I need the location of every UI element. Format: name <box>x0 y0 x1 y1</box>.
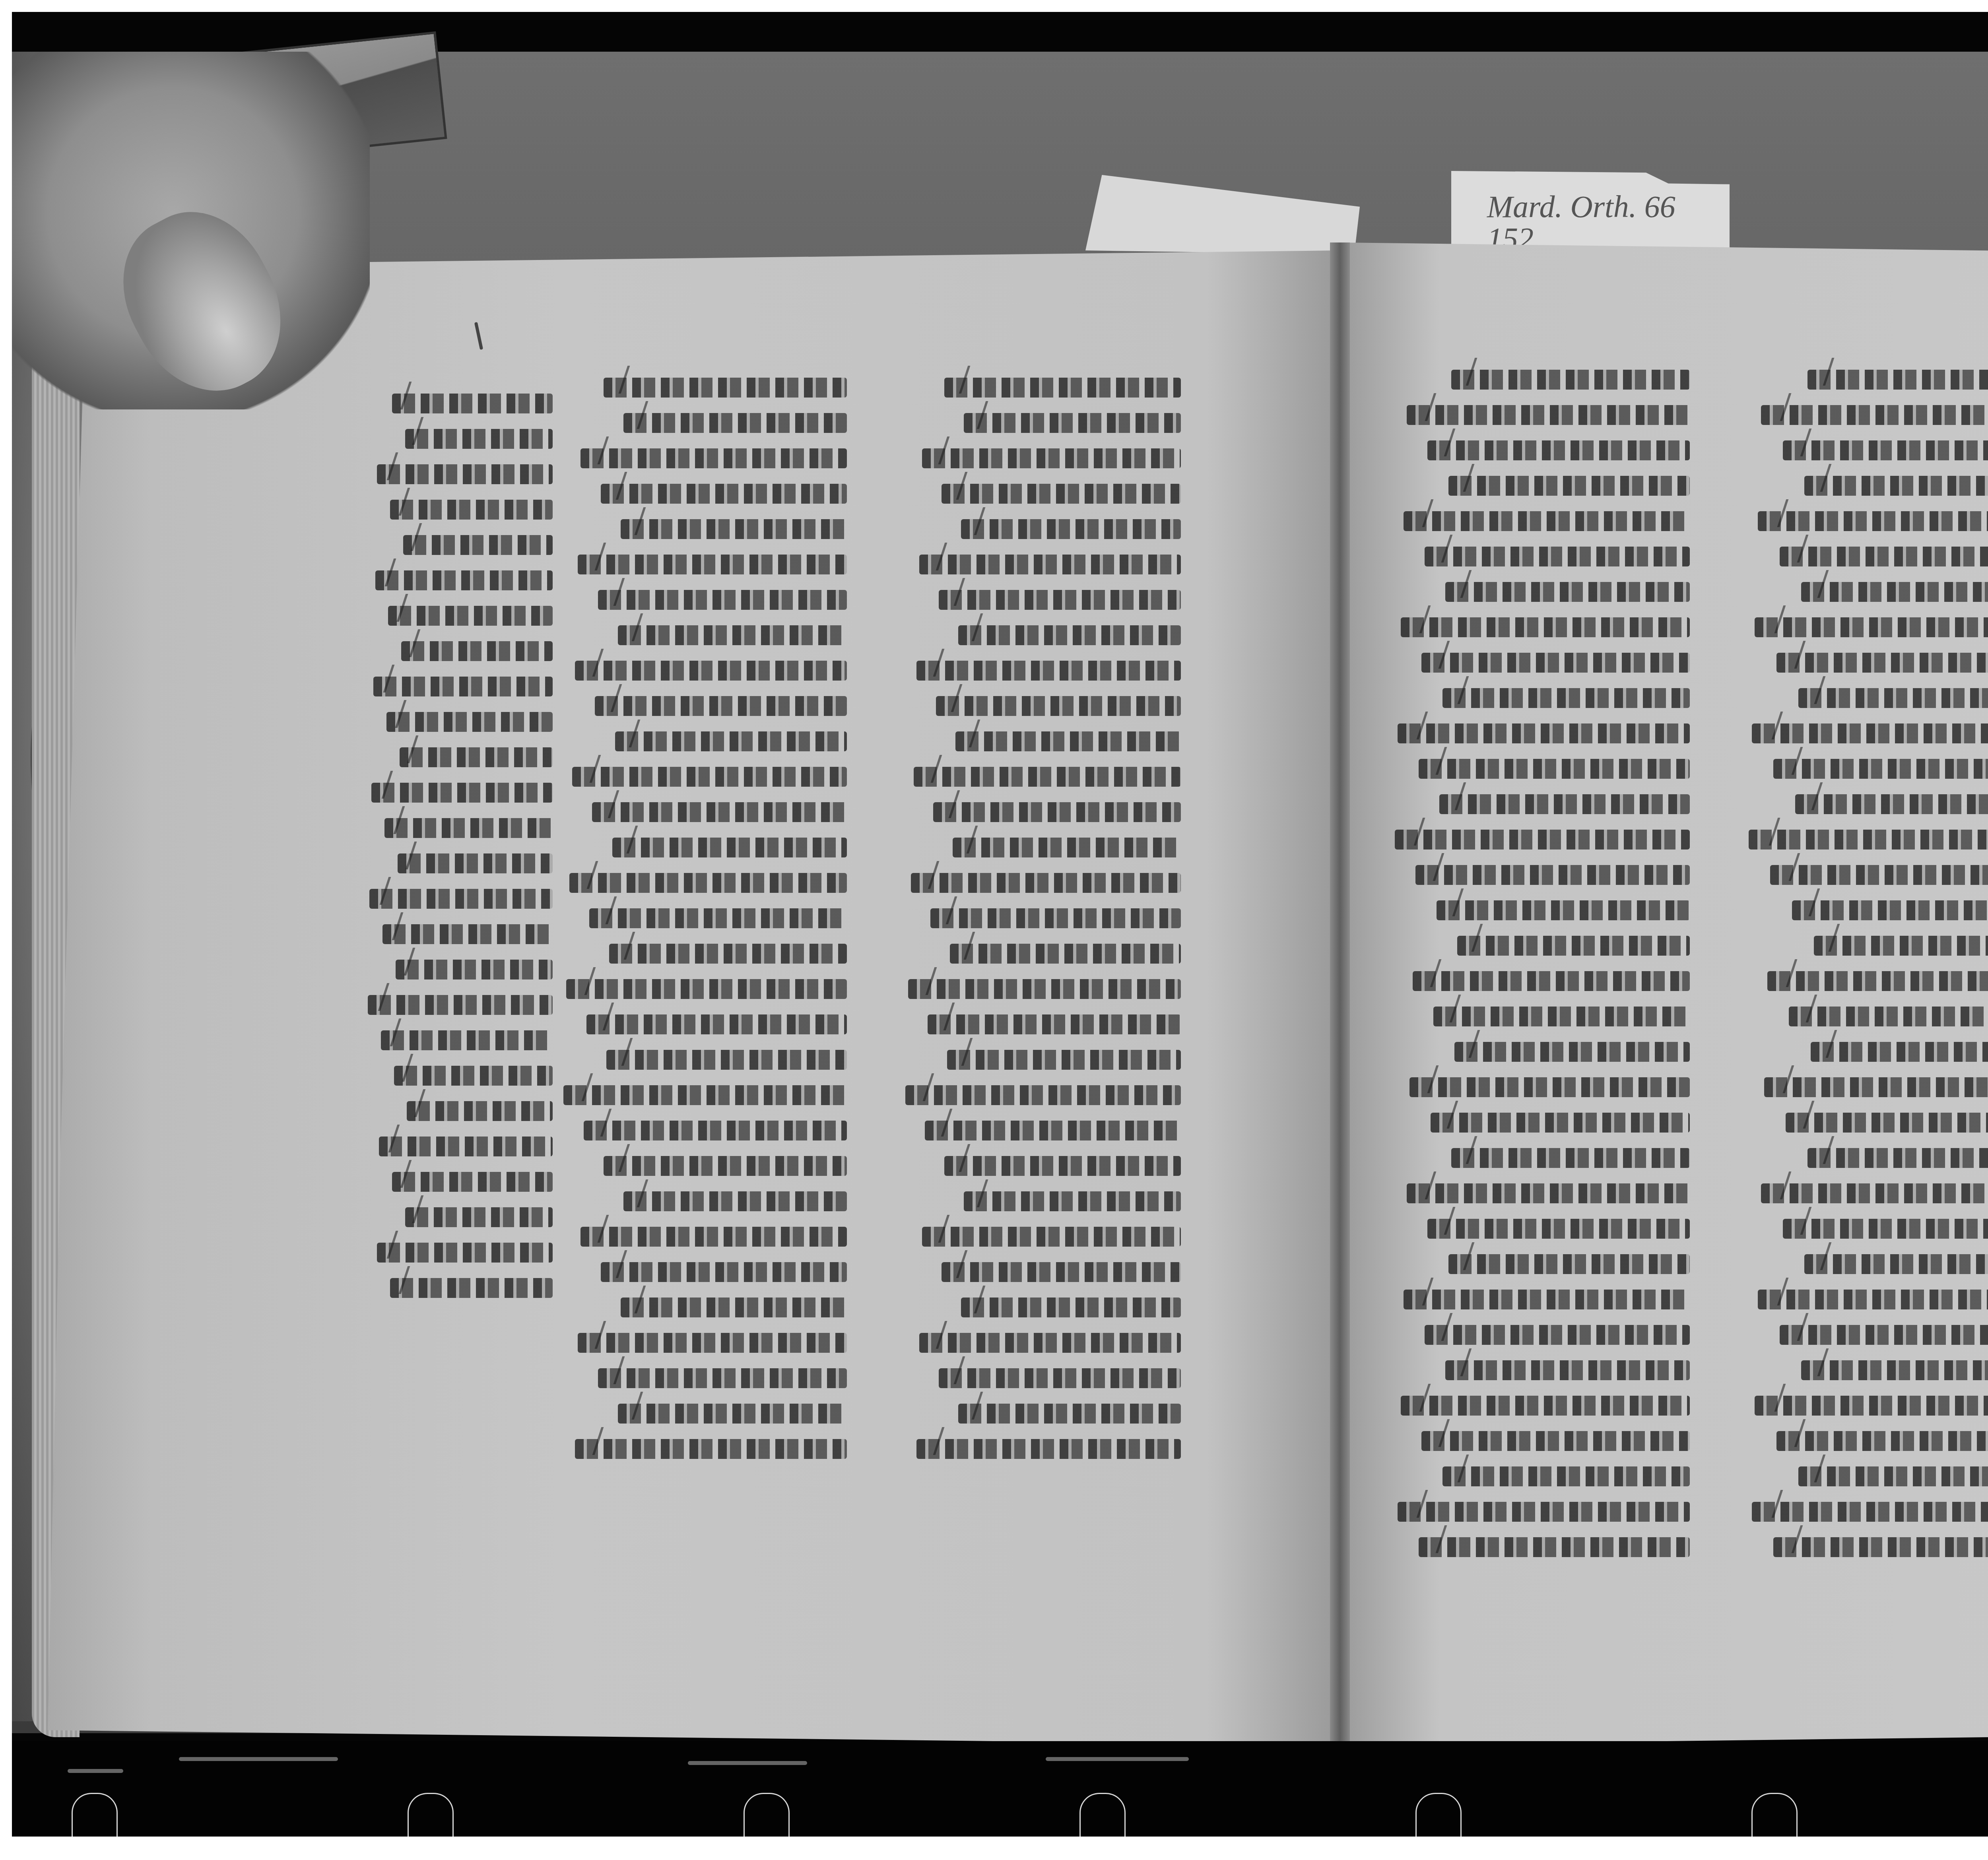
manuscript-text-line <box>1755 1396 1988 1416</box>
manuscript-text-line <box>623 413 847 433</box>
manuscript-text-line <box>569 873 847 893</box>
manuscript-text-line <box>578 1333 847 1353</box>
manuscript-text-line <box>953 838 1181 857</box>
manuscript-text-line <box>390 1278 553 1298</box>
manuscript-text-line <box>939 1368 1181 1388</box>
manuscript-text-line <box>589 908 847 928</box>
sprocket-hole <box>72 1793 118 1837</box>
manuscript-text-line <box>1431 1113 1690 1133</box>
manuscript-text-line <box>1401 1396 1690 1416</box>
manuscript-text-line <box>1780 1325 1988 1345</box>
manuscript-text-line <box>1407 1183 1690 1203</box>
photo-frame: Mard. Orth. 66 152 <box>12 12 1988 1837</box>
manuscript-text-line <box>1758 511 1988 531</box>
manuscript-text-line <box>368 995 553 1015</box>
manuscript-text-line <box>1814 936 1988 956</box>
manuscript-text-line <box>601 484 847 504</box>
manuscript-text-line <box>369 889 553 909</box>
manuscript-text-line <box>1421 653 1690 673</box>
manuscript-text-line <box>942 484 1181 504</box>
manuscript-text-line <box>400 747 553 767</box>
manuscript-text-line <box>1427 440 1690 460</box>
manuscript-text-line <box>1437 900 1690 920</box>
manuscript-text-line <box>580 1227 847 1247</box>
manuscript-text-line <box>621 1298 847 1317</box>
right-page-column-1 <box>1392 370 1690 1573</box>
sprocket-hole <box>1415 1793 1462 1837</box>
manuscript-text-line <box>592 802 847 822</box>
manuscript-text-line <box>947 1050 1181 1070</box>
manuscript-text-line <box>405 1207 553 1227</box>
manuscript-text-line <box>1395 830 1690 850</box>
manuscript-text-line <box>1401 617 1690 637</box>
manuscript-text-line <box>1451 1148 1690 1168</box>
manuscript-text-line <box>908 979 1181 999</box>
manuscript-text-line <box>1776 653 1988 673</box>
film-scratch <box>1046 1757 1189 1761</box>
manuscript-text-line <box>1445 1360 1690 1380</box>
manuscript-text-line <box>944 378 1181 398</box>
manuscript-text-line <box>1442 688 1690 708</box>
manuscript-text-line <box>1752 1502 1988 1522</box>
manuscript-text-line <box>382 924 553 944</box>
manuscript-text-line <box>1811 1042 1988 1062</box>
manuscript-text-line <box>1752 723 1988 743</box>
manuscript-text-line <box>1804 476 1988 496</box>
manuscript-text-line <box>1448 1254 1690 1274</box>
manuscript-text-line <box>379 1137 553 1156</box>
manuscript-text-line <box>1801 1360 1988 1380</box>
manuscript-text-line <box>580 448 847 468</box>
book-gutter <box>1330 242 1350 1745</box>
manuscript-text-line <box>584 1121 847 1140</box>
manuscript-text-line <box>1398 723 1690 743</box>
manuscript-text-line <box>375 570 553 590</box>
manuscript-text-line <box>1439 794 1690 814</box>
manuscript-text-line <box>1448 476 1690 496</box>
manuscript-text-line <box>595 696 847 716</box>
manuscript-text-line <box>939 590 1181 610</box>
sprocket-hole <box>1751 1793 1798 1837</box>
manuscript-text-line <box>1433 1007 1690 1026</box>
manuscript-text-line <box>384 818 553 838</box>
manuscript-text-line <box>1758 1290 1988 1309</box>
manuscript-text-line <box>1415 865 1690 885</box>
manuscript-text-line <box>1454 1042 1690 1062</box>
manuscript-text-line <box>1807 370 1988 390</box>
manuscript-text-line <box>401 641 553 661</box>
manuscript-text-line <box>1755 617 1988 637</box>
manuscript-text-line <box>1761 405 1988 425</box>
manuscript-text-line <box>1425 547 1690 566</box>
manuscript-text-line <box>386 712 553 732</box>
manuscript-text-line <box>381 1030 553 1050</box>
manuscript-text-line <box>964 413 1181 433</box>
manuscript-text-line <box>1792 900 1988 920</box>
manuscript-text-line <box>563 1085 847 1105</box>
manuscript-text-line <box>1761 1183 1988 1203</box>
manuscript-text-line <box>955 731 1181 751</box>
manuscript-text-line <box>598 590 847 610</box>
manuscript-text-line <box>373 677 553 696</box>
manuscript-text-line <box>601 1262 847 1282</box>
manuscript-text-line <box>933 802 1181 822</box>
manuscript-text-line <box>1764 1077 1988 1097</box>
manuscript-text-line <box>928 1014 1181 1034</box>
sprocket-hole <box>744 1793 790 1837</box>
manuscript-text-line <box>1773 1537 1988 1557</box>
manuscript-text-line <box>1773 759 1988 779</box>
manuscript-text-line <box>612 838 847 857</box>
manuscript-text-line <box>396 960 553 979</box>
manuscript-text-line <box>1767 971 1988 991</box>
sprocket-hole <box>408 1793 454 1837</box>
manuscript-text-line <box>621 519 847 539</box>
manuscript-text-line <box>1780 547 1988 566</box>
manuscript-text-line <box>958 625 1181 645</box>
sprocket-hole <box>1079 1793 1126 1837</box>
manuscript-text-line <box>961 1298 1181 1317</box>
manuscript-text-line <box>377 464 553 484</box>
manuscript-text-line <box>1457 936 1690 956</box>
manuscript-text-line <box>604 1156 847 1176</box>
manuscript-text-line <box>606 1050 847 1070</box>
manuscript-text-line <box>958 1404 1181 1424</box>
open-manuscript <box>48 227 1988 1761</box>
manuscript-text-line <box>1783 440 1988 460</box>
manuscript-text-line <box>1419 1537 1690 1557</box>
manuscript-text-line <box>916 1439 1181 1459</box>
manuscript-text-line <box>615 731 847 751</box>
manuscript-text-line <box>1407 405 1690 425</box>
manuscript-text-line <box>922 448 1181 468</box>
manuscript-text-line <box>604 378 847 398</box>
manuscript-text-line <box>1783 1219 1988 1239</box>
film-scratch <box>68 1769 123 1773</box>
manuscript-text-line <box>566 979 847 999</box>
manuscript-text-line <box>575 661 847 681</box>
right-page-column-2 <box>1745 370 1988 1573</box>
manuscript-text-line <box>964 1191 1181 1211</box>
manuscript-text-line <box>371 783 553 803</box>
manuscript-text-line <box>1419 759 1690 779</box>
manuscript-text-line <box>394 1066 553 1086</box>
manuscript-text-line <box>925 1121 1181 1140</box>
film-strip <box>12 1741 1988 1837</box>
manuscript-text-line <box>392 1172 553 1192</box>
manuscript-text-line <box>919 555 1181 574</box>
manuscript-text-line <box>905 1085 1181 1105</box>
manuscript-text-line <box>403 535 553 555</box>
manuscript-text-line <box>586 1014 847 1034</box>
manuscript-text-line <box>618 1404 847 1424</box>
manuscript-text-line <box>944 1156 1181 1176</box>
manuscript-text-line <box>914 767 1181 787</box>
manuscript-text-line <box>572 767 847 787</box>
manuscript-text-line <box>578 555 847 574</box>
manuscript-text-line <box>377 1243 553 1263</box>
manuscript-text-line <box>1804 1254 1988 1274</box>
manuscript-text-line <box>1427 1219 1690 1239</box>
manuscript-text-line <box>1786 1113 1988 1133</box>
manuscript-text-line <box>1421 1431 1690 1451</box>
manuscript-text-line <box>388 606 553 626</box>
left-page-column-3 <box>903 378 1181 1474</box>
film-scratch <box>179 1757 338 1761</box>
manuscript-text-line <box>398 853 553 873</box>
manuscript-text-line <box>1789 1007 1988 1026</box>
manuscript-text-line <box>575 1439 847 1459</box>
manuscript-text-line <box>1413 971 1690 991</box>
manuscript-text-line <box>1404 1290 1690 1309</box>
manuscript-text-line <box>1409 1077 1690 1097</box>
left-page-column-1 <box>366 394 553 1313</box>
manuscript-text-line <box>922 1227 1181 1247</box>
manuscript-text-line <box>1801 582 1988 602</box>
manuscript-text-line <box>1442 1466 1690 1486</box>
manuscript-text-line <box>1451 370 1690 390</box>
manuscript-text-line <box>609 944 847 964</box>
manuscript-text-line <box>916 661 1181 681</box>
manuscript-text-line <box>405 429 553 449</box>
manuscript-text-line <box>618 625 847 645</box>
manuscript-text-line <box>930 908 1181 928</box>
manuscript-text-line <box>390 500 553 520</box>
manuscript-text-line <box>919 1333 1181 1353</box>
manuscript-text-line <box>1795 794 1988 814</box>
manuscript-text-line <box>1398 1502 1690 1522</box>
manuscript-text-line <box>1798 688 1988 708</box>
manuscript-text-line <box>1807 1148 1988 1168</box>
manuscript-text-line <box>1749 830 1988 850</box>
manuscript-text-line <box>1770 865 1988 885</box>
manuscript-text-line <box>1445 582 1690 602</box>
manuscript-text-line <box>936 696 1181 716</box>
left-page-column-2 <box>561 378 847 1474</box>
shelfmark-line-1: Mard. Orth. 66 <box>1487 189 1675 224</box>
manuscript-text-line <box>1425 1325 1690 1345</box>
manuscript-text-line <box>911 873 1181 893</box>
manuscript-text-line <box>1776 1431 1988 1451</box>
manuscript-text-line <box>961 519 1181 539</box>
manuscript-text-line <box>392 394 553 413</box>
manuscript-text-line <box>598 1368 847 1388</box>
manuscript-text-line <box>950 944 1181 964</box>
manuscript-text-line <box>407 1101 553 1121</box>
manuscript-text-line <box>1404 511 1690 531</box>
manuscript-text-line <box>942 1262 1181 1282</box>
manuscript-text-line <box>1798 1466 1988 1486</box>
manuscript-text-line <box>623 1191 847 1211</box>
film-scratch <box>688 1761 807 1765</box>
